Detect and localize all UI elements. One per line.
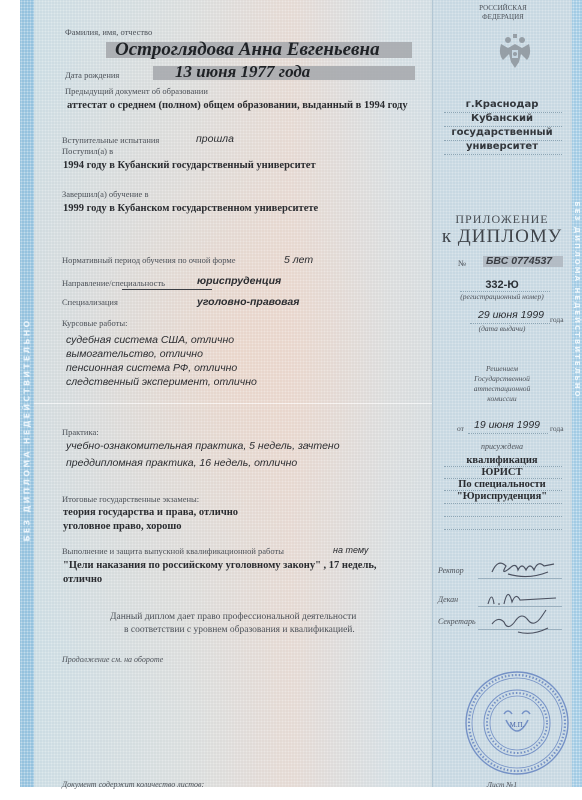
specialty: юриспруденция [197, 275, 281, 287]
reg-number: 332-Ю [432, 279, 572, 291]
rule [444, 478, 562, 479]
commission-line-2: Государственной [432, 374, 572, 383]
date-of-birth: 13 июня 1977 года [175, 62, 310, 82]
sheets-count-label: Документ содержит количество листов: [62, 780, 204, 789]
specialty-underline [122, 289, 212, 290]
name-label: Фамилия, имя, отчество [65, 27, 152, 37]
rule [444, 112, 562, 113]
reg-number-caption: (регистрационный номер) [432, 292, 572, 301]
commission-line-1: Решением [432, 364, 572, 373]
thesis-label: Выполнение и защита выпускной квалификац… [62, 546, 284, 556]
commission-date: 19 июня 1999 [474, 419, 540, 431]
rector-signature [488, 552, 560, 582]
rule [460, 291, 550, 292]
diploma-number: БВС 0774537 [486, 255, 552, 267]
continued-note: Продолжение см. на обороте [62, 655, 163, 664]
thesis-on: на тему [333, 545, 368, 555]
country-line-2: ФЕДЕРАЦИЯ [433, 13, 573, 21]
specialty-side: "Юриспруденция" [432, 491, 572, 502]
commission-line-3: аттестационной [432, 384, 572, 393]
prev-doc-label: Предыдущий документ об образовании [65, 86, 208, 96]
entrance-label: Вступительные испытания [62, 135, 159, 145]
seal-text: М.П. [510, 721, 525, 729]
exam-item: уголовное право, хорошо [63, 521, 182, 532]
left-security-band: БЕЗ ДИПЛОМА НЕДЕЙСТВИТЕЛЬНО [20, 0, 34, 787]
double-headed-eagle-icon [498, 32, 532, 72]
issue-date-caption: (дата выдачи) [432, 324, 572, 333]
rule [468, 433, 548, 434]
number-prefix: № [458, 258, 466, 268]
exams-label: Итоговые государственные экзамены: [62, 494, 199, 504]
rule [470, 323, 550, 324]
thesis-grade: отлично [63, 574, 102, 585]
issue-date: 29 июня 1999 [478, 309, 544, 321]
rule [444, 126, 562, 127]
rule [444, 490, 562, 491]
rights-line-2: в соответствии с уровнем образования и к… [124, 625, 355, 635]
appendix-title-1: ПРИЛОЖЕНИЕ [432, 212, 572, 227]
coursework-item: следственный эксперимент, отлично [66, 376, 257, 388]
practice-item: учебно-ознакомительная практика, 5 недел… [66, 440, 340, 452]
specialization: уголовно-правовая [197, 296, 299, 308]
admitted: 1994 году в Кубанский государственный ун… [63, 160, 316, 171]
city: г.Краснодар [432, 99, 572, 110]
university-line-1: Кубанский [432, 113, 572, 124]
university-line-2: государственный [432, 127, 572, 138]
rector-label: Ректор [438, 566, 464, 575]
exam-item: теория государства и права, отлично [63, 507, 238, 518]
dob-label: Дата рождения [65, 70, 119, 80]
coursework-item: вымогательство, отлично [66, 348, 203, 360]
rule [444, 466, 562, 467]
country-line-1: РОССИЙСКАЯ [433, 4, 573, 12]
qualification-label: квалификация [432, 455, 572, 466]
specialization-label: Специализация [62, 297, 118, 307]
qualification: ЮРИСТ [432, 467, 572, 478]
coursework-label: Курсовые работы: [62, 318, 127, 328]
right-band-text: БЕЗ ДИПЛОМА НЕДЕЙСТВИТЕЛЬНО [573, 201, 581, 398]
rule [444, 154, 562, 155]
appendix-title-2: к ДИПЛОМУ [432, 226, 572, 248]
finished: 1999 году в Кубанском государственном ун… [63, 203, 318, 214]
specialty-label-side: По специальности [432, 479, 572, 490]
coursework-item: судебная система США, отлично [66, 334, 234, 346]
rule [444, 529, 562, 530]
university-line-3: университет [432, 141, 572, 152]
period-label: Нормативный период обучения по очной фор… [62, 255, 236, 265]
awarded: присуждена [432, 442, 572, 451]
official-seal-stamp: М.П. [464, 670, 570, 776]
prev-doc: аттестат о среднем (полном) общем образо… [67, 100, 408, 111]
secretary-signature [488, 606, 558, 638]
right-security-band: БЕЗ ДИПЛОМА НЕДЕЙСТВИТЕЛЬНО [572, 0, 582, 787]
practice-item: преддипломная практика, 16 недель, отлич… [66, 457, 297, 469]
practice-label: Практика: [62, 427, 99, 437]
coursework-item: пенсионная система РФ, отлично [66, 362, 237, 374]
sheet-number: Лист №1 [432, 780, 572, 789]
entrance-value: прошла [196, 133, 234, 145]
thesis-title: "Цели наказания по российскому уголовном… [63, 560, 377, 571]
issue-date-suffix: года [550, 315, 564, 324]
diploma-appendix-sheet: БЕЗ ДИПЛОМА НЕДЕЙСТВИТЕЛЬНО Фамилия, имя… [20, 0, 582, 787]
rule [444, 140, 562, 141]
dean-label: Декан [438, 595, 458, 604]
left-band-text: БЕЗ ДИПЛОМА НЕДЕЙСТВИТЕЛЬНО [23, 318, 32, 541]
secretary-label: Секретарь [438, 617, 476, 626]
commission-date-suffix: года [550, 424, 564, 433]
rule [444, 516, 562, 517]
specialty-label: Направление/специальность [62, 278, 165, 288]
period: 5 лет [284, 254, 313, 266]
full-name: Остроглядова Анна Евгеньевна [115, 39, 380, 61]
from-prefix: от [457, 424, 464, 433]
admitted-label: Поступил(а) в [62, 146, 113, 156]
commission-line-4: комиссии [432, 394, 572, 403]
rights-line-1: Данный диплом дает право профессионально… [110, 612, 356, 622]
rule [444, 503, 562, 504]
finished-label: Завершил(а) обучение в [62, 189, 148, 199]
